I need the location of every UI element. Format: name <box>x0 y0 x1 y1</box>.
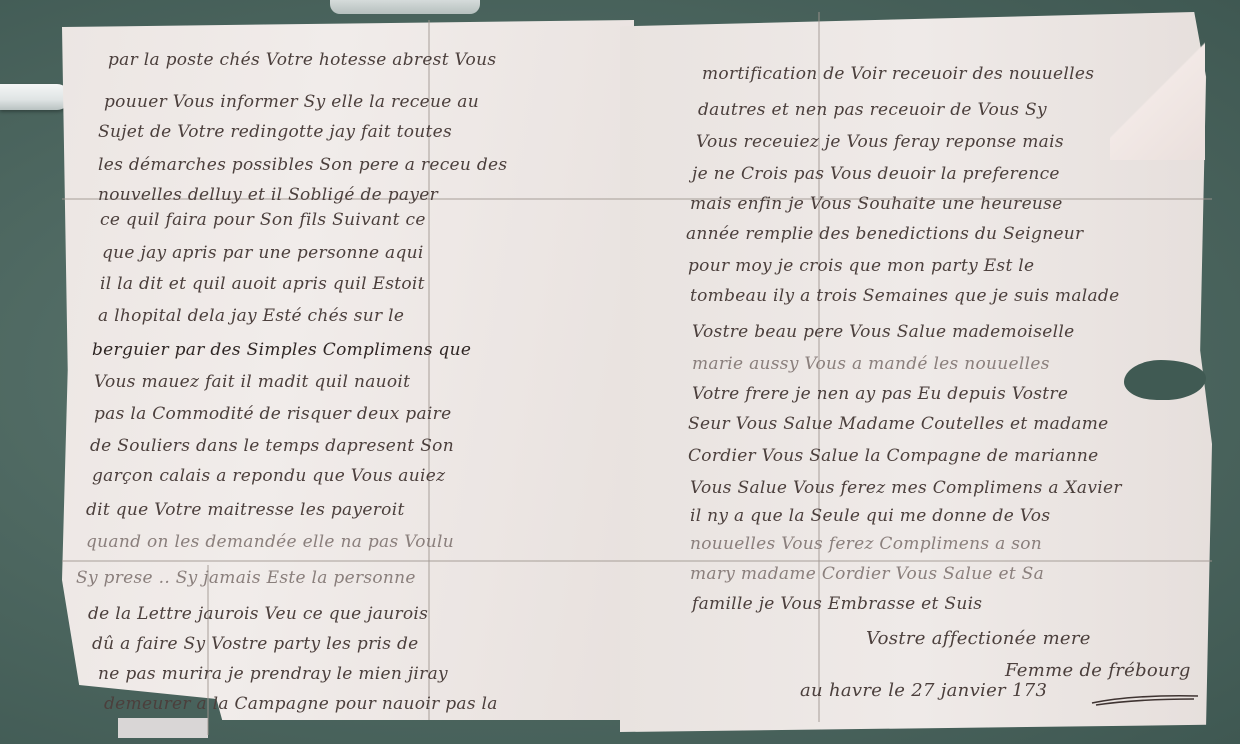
text-line: il la dit et quil auoit apris quil Estoi… <box>100 274 425 294</box>
text-line: Vous mauez fait il madit quil nauoit <box>94 372 410 392</box>
text-line: Sy prese .. Sy jamais Este la personne <box>76 568 416 588</box>
text-line: dit que Votre maitresse les payeroit <box>86 500 405 520</box>
text-line: Vous Salue Vous ferez mes Complimens a X… <box>690 478 1122 498</box>
text-line: ne pas murira je prendray le mien jiray <box>98 664 448 684</box>
text-line: mary madame Cordier Vous Salue et Sa <box>690 564 1044 584</box>
text-line: mais enfin je Vous Souhaite une heureuse <box>690 194 1063 214</box>
text-line: année remplie des benedictions du Seigne… <box>686 224 1083 244</box>
under-sheet <box>118 718 208 738</box>
text-line: pour moy je crois que mon party Est le <box>688 256 1034 276</box>
text-line: tombeau ily a trois Semaines que je suis… <box>690 286 1119 306</box>
signature-flourish <box>1090 693 1200 707</box>
fold-crease-h2 <box>62 560 1212 562</box>
folded-corner <box>1110 40 1205 160</box>
text-line: pouuer Vous informer Sy elle la receue a… <box>104 92 479 112</box>
text-line: ce quil faira pour Son fils Suivant ce <box>100 210 426 230</box>
text-line: dû a faire Sy Vostre party les pris de <box>92 634 419 654</box>
text-line: quand on les demandée elle na pas Voulu <box>86 532 454 552</box>
text-line: garçon calais a repondu que Vous auiez <box>92 466 445 486</box>
date-line: au havre le 27 janvier 173 <box>800 680 1047 701</box>
signature: Femme de frébourg <box>1005 660 1191 681</box>
text-line: il ny a que la Seule qui me donne de Vos <box>690 506 1050 526</box>
text-line: que jay apris par une personne aqui <box>102 243 424 263</box>
white-cord-top <box>330 0 480 14</box>
text-line: Cordier Vous Salue la Compagne de marian… <box>688 446 1098 466</box>
text-line: famille je Vous Embrasse et Suis <box>692 594 982 614</box>
text-line: a lhopital dela jay Esté chés sur le <box>98 306 404 326</box>
text-line: dautres et nen pas receuoir de Vous Sy <box>698 100 1047 120</box>
text-line: marie aussy Vous a mandé les nouuelles <box>692 354 1050 374</box>
text-line: Vostre beau pere Vous Salue mademoiselle <box>692 322 1074 342</box>
text-line: demeurer a la Campagne pour nauoir pas l… <box>104 694 498 714</box>
text-line: mortification de Voir receuoir des nouue… <box>702 64 1094 84</box>
text-line: nouuelles Vous ferez Complimens a son <box>690 534 1042 554</box>
text-line: pas la Commodité de risquer deux paire <box>94 404 451 424</box>
white-cord <box>0 84 70 110</box>
text-line: je ne Crois pas Vous deuoir la preferenc… <box>692 164 1060 184</box>
text-line: les démarches possibles Son pere a receu… <box>98 155 507 175</box>
text-line: Seur Vous Salue Madame Coutelles et mada… <box>688 414 1108 434</box>
text-line: nouvelles delluy et il Sobligé de payer <box>98 185 438 205</box>
text-line: par la poste chés Votre hotesse abrest V… <box>108 50 496 70</box>
text-line: Sujet de Votre redingotte jay fait toute… <box>98 122 452 142</box>
text-line: de Souliers dans le temps dapresent Son <box>90 436 454 456</box>
text-line: berguier par des Simples Complimens que <box>92 340 471 360</box>
closing-line: Vostre affectionée mere <box>866 628 1091 649</box>
text-line: de la Lettre jaurois Veu ce que jaurois <box>88 604 428 624</box>
text-line: Vous receuiez je Vous feray reponse mais <box>696 132 1064 152</box>
text-line: Votre frere je nen ay pas Eu depuis Vost… <box>692 384 1068 404</box>
